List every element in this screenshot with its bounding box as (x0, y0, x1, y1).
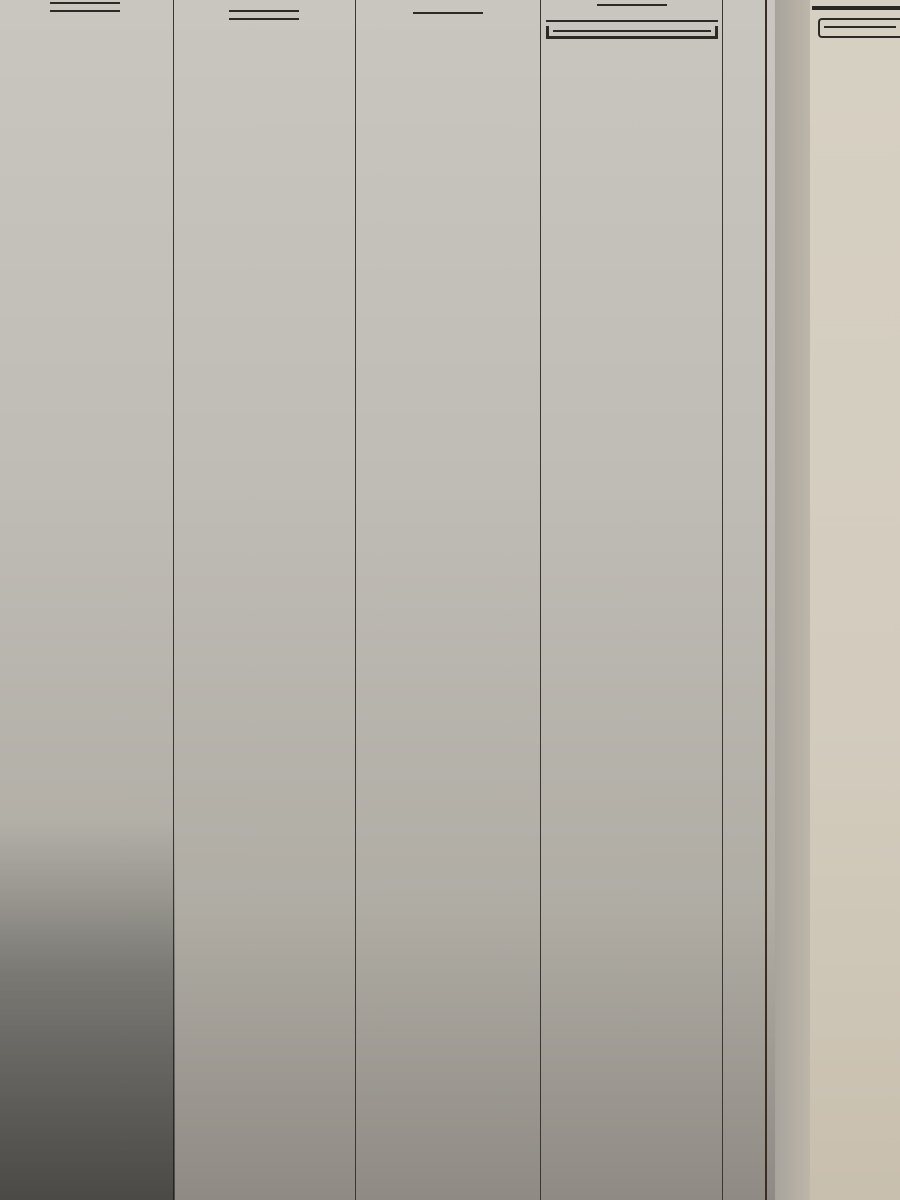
separator (50, 2, 120, 4)
column-rule (173, 0, 174, 1200)
takvim-frame (546, 26, 718, 39)
column-4 (542, 0, 722, 1198)
page-fold (765, 0, 767, 1200)
separator (229, 18, 299, 20)
column-1 (0, 0, 170, 1196)
column-rule (540, 0, 541, 1200)
newspaper-page-right (810, 0, 900, 1200)
newspaper-page-left (0, 0, 780, 1200)
separator (50, 10, 120, 12)
separator (413, 12, 483, 14)
separator (229, 10, 299, 12)
hoppa-box (818, 18, 900, 38)
takvim-box (546, 20, 718, 39)
column-rule (722, 0, 723, 1200)
column-3 (358, 6, 538, 1200)
separator (597, 4, 667, 6)
hal-banner (812, 6, 900, 10)
phone-numbers (553, 31, 711, 34)
hoppa-title (824, 24, 896, 28)
column-2 (176, 4, 352, 1200)
column-rule (355, 0, 356, 1200)
